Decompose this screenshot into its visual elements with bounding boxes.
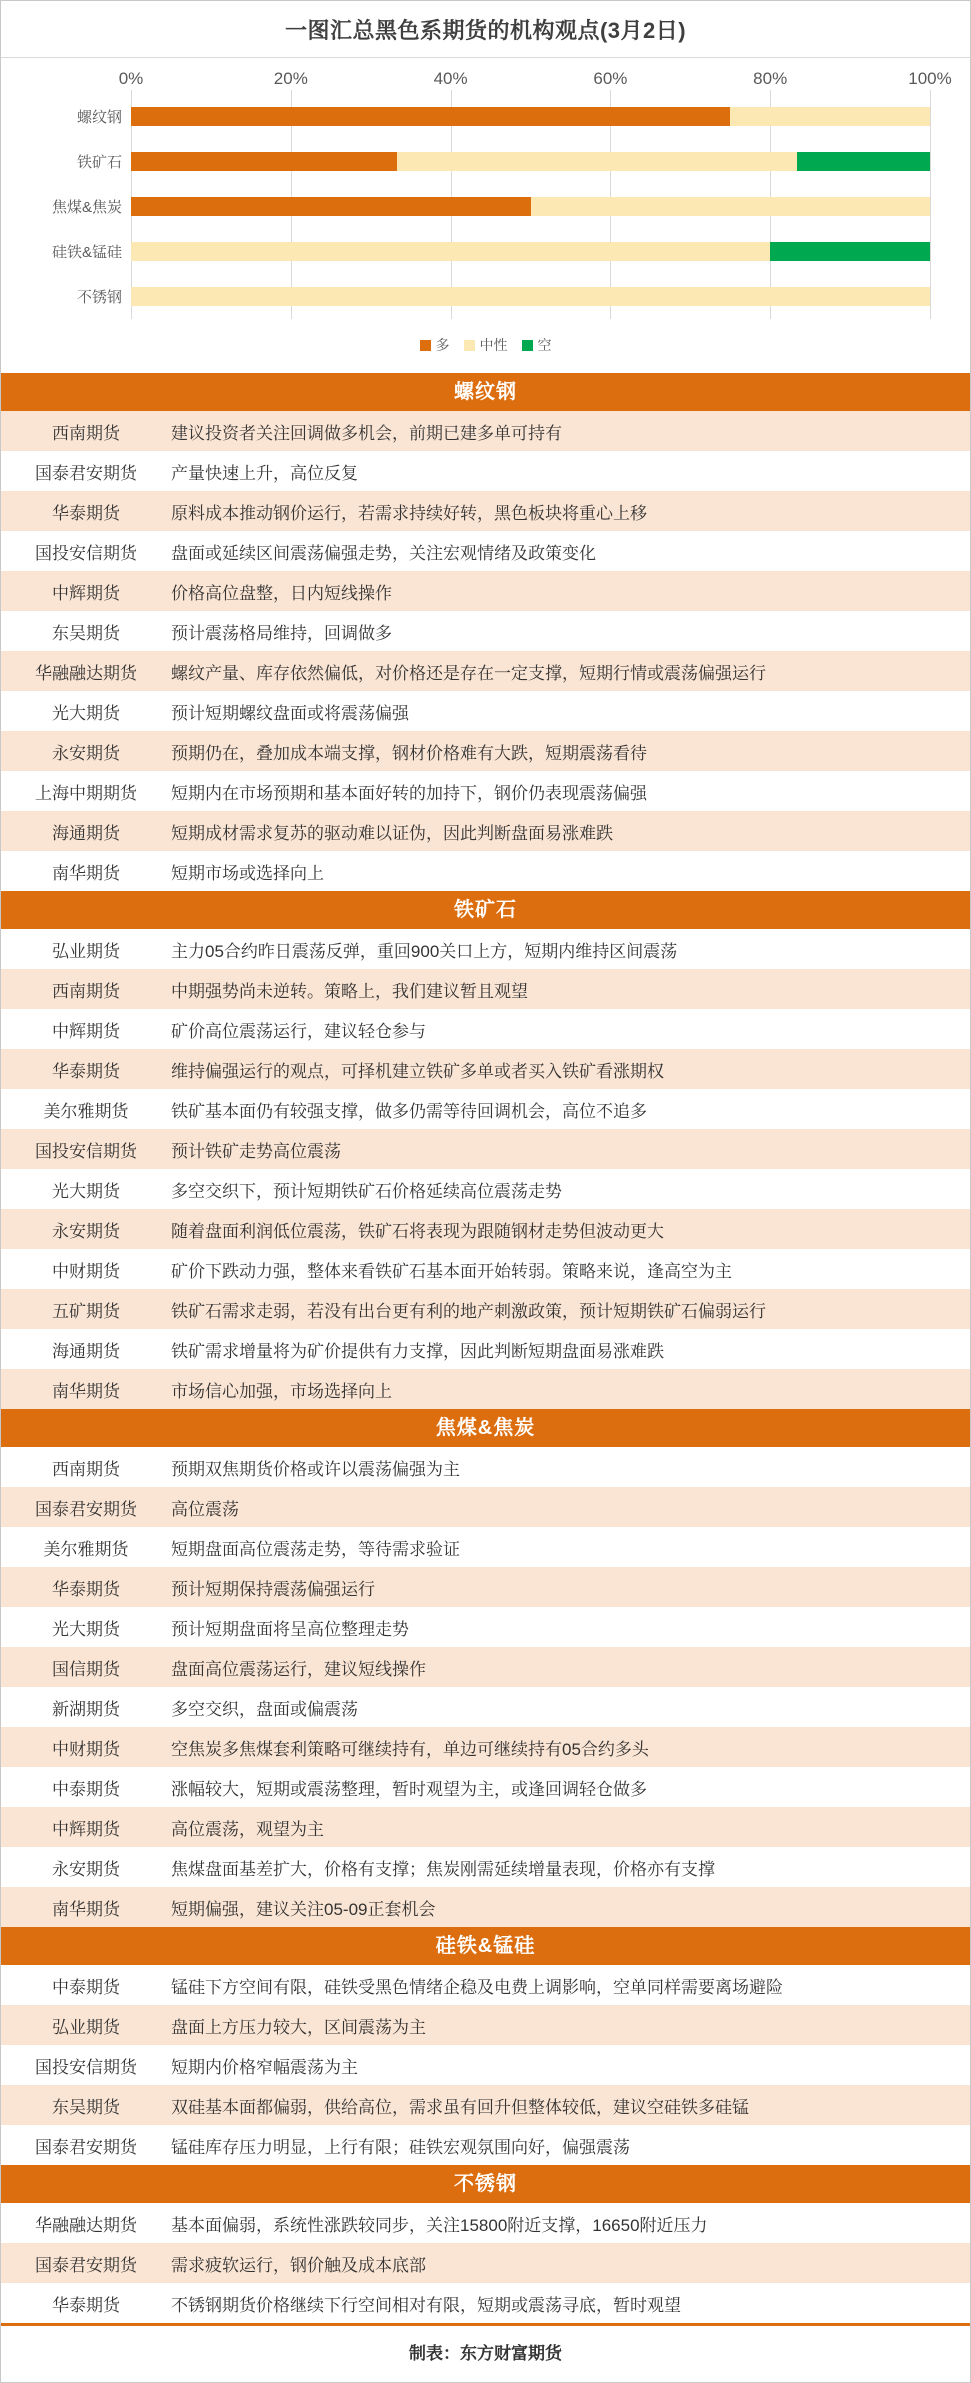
org-cell: 国信期货	[1, 1655, 171, 1680]
page-title: 一图汇总黑色系期货的机构观点(3月2日)	[1, 1, 970, 58]
org-cell: 光大期货	[1, 1615, 171, 1640]
table-row: 国泰君安期货产量快速上升，高位反复	[1, 451, 970, 491]
view-cell: 预计震荡格局维持，回调做多	[171, 619, 970, 644]
org-cell: 弘业期货	[1, 937, 171, 962]
view-cell: 市场信心加强，市场选择向上	[171, 1377, 970, 1402]
table-row: 新湖期货多空交织，盘面或偏震荡	[1, 1687, 970, 1727]
bar-segment-中性	[730, 107, 930, 126]
section-header: 铁矿石	[1, 891, 970, 929]
view-cell: 不锈钢期货价格继续下行空间相对有限，短期或震荡寻底，暂时观望	[171, 2291, 970, 2316]
org-cell: 中辉期货	[1, 1017, 171, 1042]
category-label: 铁矿石	[1, 139, 131, 184]
bar-row	[131, 184, 930, 229]
org-cell: 中财期货	[1, 1735, 171, 1760]
bar-segment-中性	[397, 152, 797, 171]
org-cell: 海通期货	[1, 1337, 171, 1362]
table-row: 华融融达期货螺纹产量、库存依然偏低，对价格还是存在一定支撑，短期行情或震荡偏强运…	[1, 651, 970, 691]
bar-segment-中性	[131, 242, 770, 261]
bar-row	[131, 94, 930, 139]
footer: 制表：东方财富期货	[1, 2323, 970, 2382]
table-row: 华泰期货原料成本推动钢价运行，若需求持续好转，黑色板块将重心上移	[1, 491, 970, 531]
org-cell: 海通期货	[1, 819, 171, 844]
x-axis-tick: 60%	[593, 69, 627, 89]
org-cell: 永安期货	[1, 1217, 171, 1242]
org-cell: 新湖期货	[1, 1695, 171, 1720]
org-cell: 南华期货	[1, 1377, 171, 1402]
table-row: 永安期货预期仍在，叠加成本端支撑，钢材价格难有大跌，短期震荡看待	[1, 731, 970, 771]
view-cell: 高位震荡，观望为主	[171, 1815, 970, 1840]
table-row: 东吴期货双硅基本面都偏弱，供给高位，需求虽有回升但整体较低，建议空硅铁多硅锰	[1, 2085, 970, 2125]
table-row: 光大期货预计短期盘面将呈高位整理走势	[1, 1607, 970, 1647]
legend-label: 多	[436, 335, 450, 355]
table-row: 中财期货矿价下跌动力强，整体来看铁矿石基本面开始转弱。策略来说，逢高空为主	[1, 1249, 970, 1289]
view-cell: 短期偏强，建议关注05-09正套机会	[171, 1895, 970, 1920]
org-cell: 南华期货	[1, 859, 171, 884]
table-row: 南华期货短期偏强，建议关注05-09正套机会	[1, 1887, 970, 1927]
chart-main: 螺纹钢铁矿石焦煤&焦炭硅铁&锰硅不锈钢	[1, 94, 970, 319]
table-row: 华泰期货不锈钢期货价格继续下行空间相对有限，短期或震荡寻底，暂时观望	[1, 2283, 970, 2323]
legend-label: 中性	[480, 335, 508, 355]
view-cell: 价格高位盘整，日内短线操作	[171, 579, 970, 604]
table-row: 弘业期货盘面上方压力较大，区间震荡为主	[1, 2005, 970, 2045]
org-cell: 国泰君安期货	[1, 2251, 171, 2276]
plot-area	[131, 94, 930, 319]
table-row: 东吴期货预计震荡格局维持，回调做多	[1, 611, 970, 651]
table-row: 国泰君安期货高位震荡	[1, 1487, 970, 1527]
footer-credit: 制表：东方财富期货	[1, 2339, 970, 2364]
bar-segment-中性	[131, 287, 930, 306]
stacked-bar	[131, 152, 930, 171]
view-cell: 盘面高位震荡运行，建议短线操作	[171, 1655, 970, 1680]
org-cell: 中财期货	[1, 1257, 171, 1282]
table-row: 光大期货预计短期螺纹盘面或将震荡偏强	[1, 691, 970, 731]
table-row: 弘业期货主力05合约昨日震荡反弹，重回900关口上方，短期内维持区间震荡	[1, 929, 970, 969]
org-cell: 光大期货	[1, 1177, 171, 1202]
view-cell: 矿价高位震荡运行，建议轻仓参与	[171, 1017, 970, 1042]
table-row: 永安期货焦煤盘面基差扩大，价格有支撑；焦炭刚需延续增量表现，价格亦有支撑	[1, 1847, 970, 1887]
infographic-page: 一图汇总黑色系期货的机构观点(3月2日) 0%20%40%60%80%100% …	[0, 0, 971, 2383]
view-cell: 基本面偏弱，系统性涨跌较同步，关注15800附近支撑，16650附近压力	[171, 2211, 970, 2236]
legend-item: 中性	[464, 335, 508, 355]
org-cell: 西南期货	[1, 1455, 171, 1480]
section-header: 焦煤&焦炭	[1, 1409, 970, 1447]
legend-item: 多	[420, 335, 450, 355]
table-row: 中泰期货锰硅下方空间有限，硅铁受黑色情绪企稳及电费上调影响，空单同样需要离场避险	[1, 1965, 970, 2005]
stacked-bar	[131, 107, 930, 126]
table-row: 海通期货铁矿需求增量将为矿价提供有力支撑，因此判断短期盘面易涨难跌	[1, 1329, 970, 1369]
view-cell: 盘面上方压力较大，区间震荡为主	[171, 2013, 970, 2038]
category-label: 不锈钢	[1, 274, 131, 319]
x-axis-tick: 20%	[274, 69, 308, 89]
x-axis-tick: 100%	[908, 69, 951, 89]
table-row: 中辉期货高位震荡，观望为主	[1, 1807, 970, 1847]
table-row: 国投安信期货预计铁矿走势高位震荡	[1, 1129, 970, 1169]
view-cell: 焦煤盘面基差扩大，价格有支撑；焦炭刚需延续增量表现，价格亦有支撑	[171, 1855, 970, 1880]
view-cell: 铁矿需求增量将为矿价提供有力支撑，因此判断短期盘面易涨难跌	[171, 1337, 970, 1362]
view-cell: 空焦炭多焦煤套利策略可继续持有，单边可继续持有05合约多头	[171, 1735, 970, 1760]
table-row: 西南期货建议投资者关注回调做多机会，前期已建多单可持有	[1, 411, 970, 451]
table-row: 海通期货短期成材需求复苏的驱动难以证伪，因此判断盘面易涨难跌	[1, 811, 970, 851]
view-cell: 预计铁矿走势高位震荡	[171, 1137, 970, 1162]
org-cell: 华泰期货	[1, 1057, 171, 1082]
view-cell: 高位震荡	[171, 1495, 970, 1520]
org-cell: 永安期货	[1, 1855, 171, 1880]
table-row: 美尔雅期货铁矿基本面仍有较强支撑，做多仍需等待回调机会，高位不追多	[1, 1089, 970, 1129]
table-row: 华泰期货预计短期保持震荡偏强运行	[1, 1567, 970, 1607]
table-row: 南华期货短期市场或选择向上	[1, 851, 970, 891]
bar-segment-多	[131, 107, 730, 126]
view-cell: 随着盘面利润低位震荡，铁矿石将表现为跟随钢材走势但波动更大	[171, 1217, 970, 1242]
view-cell: 铁矿石需求走弱，若没有出台更有利的地产刺激政策，预计短期铁矿石偏弱运行	[171, 1297, 970, 1322]
view-cell: 主力05合约昨日震荡反弹，重回900关口上方，短期内维持区间震荡	[171, 937, 970, 962]
bar-segment-多	[131, 152, 397, 171]
org-cell: 中辉期货	[1, 579, 171, 604]
view-cell: 预计短期盘面将呈高位整理走势	[171, 1615, 970, 1640]
view-cell: 多空交织，盘面或偏震荡	[171, 1695, 970, 1720]
org-cell: 国投安信期货	[1, 1137, 171, 1162]
x-axis-tick: 0%	[119, 69, 144, 89]
x-axis: 0%20%40%60%80%100%	[131, 66, 930, 92]
table-row: 华融融达期货基本面偏弱，系统性涨跌较同步，关注15800附近支撑，16650附近…	[1, 2203, 970, 2243]
view-cell: 多空交织下，预计短期铁矿石价格延续高位震荡走势	[171, 1177, 970, 1202]
bar-segment-多	[131, 197, 531, 216]
table-row: 永安期货随着盘面利润低位震荡，铁矿石将表现为跟随钢材走势但波动更大	[1, 1209, 970, 1249]
view-cell: 锰硅库存压力明显，上行有限；硅铁宏观氛围向好，偏强震荡	[171, 2133, 970, 2158]
org-cell: 华融融达期货	[1, 2211, 171, 2236]
category-label: 硅铁&锰硅	[1, 229, 131, 274]
view-cell: 双硅基本面都偏弱，供给高位，需求虽有回升但整体较低，建议空硅铁多硅锰	[171, 2093, 970, 2118]
org-cell: 东吴期货	[1, 619, 171, 644]
x-axis-tick: 80%	[753, 69, 787, 89]
org-cell: 国投安信期货	[1, 2053, 171, 2078]
view-cell: 涨幅较大，短期或震荡整理，暂时观望为主，或逢回调轻仓做多	[171, 1775, 970, 1800]
category-labels: 螺纹钢铁矿石焦煤&焦炭硅铁&锰硅不锈钢	[1, 94, 131, 319]
legend-swatch	[464, 340, 475, 351]
org-cell: 美尔雅期货	[1, 1097, 171, 1122]
org-cell: 东吴期货	[1, 2093, 171, 2118]
table-row: 中泰期货涨幅较大，短期或震荡整理，暂时观望为主，或逢回调轻仓做多	[1, 1767, 970, 1807]
view-cell: 中期强势尚未逆转。策略上，我们建议暂且观望	[171, 977, 970, 1002]
org-cell: 永安期货	[1, 739, 171, 764]
legend-item: 空	[522, 335, 552, 355]
org-cell: 国泰君安期货	[1, 1495, 171, 1520]
view-cell: 建议投资者关注回调做多机会，前期已建多单可持有	[171, 419, 970, 444]
view-cell: 原料成本推动钢价运行，若需求持续好转，黑色板块将重心上移	[171, 499, 970, 524]
table-row: 国信期货盘面高位震荡运行，建议短线操作	[1, 1647, 970, 1687]
bar-row	[131, 274, 930, 319]
view-cell: 需求疲软运行，钢价触及成本底部	[171, 2251, 970, 2276]
table-row: 美尔雅期货短期盘面高位震荡走势，等待需求验证	[1, 1527, 970, 1567]
table-row: 国泰君安期货锰硅库存压力明显，上行有限；硅铁宏观氛围向好，偏强震荡	[1, 2125, 970, 2165]
view-cell: 螺纹产量、库存依然偏低，对价格还是存在一定支撑，短期行情或震荡偏强运行	[171, 659, 970, 684]
view-cell: 矿价下跌动力强，整体来看铁矿石基本面开始转弱。策略来说，逢高空为主	[171, 1257, 970, 1282]
view-cell: 盘面或延续区间震荡偏强走势，关注宏观情绪及政策变化	[171, 539, 970, 564]
org-cell: 中泰期货	[1, 1973, 171, 1998]
org-cell: 国泰君安期货	[1, 459, 171, 484]
gridline	[930, 90, 931, 319]
view-cell: 短期内价格窄幅震荡为主	[171, 2053, 970, 2078]
view-cell: 预期双焦期货价格或许以震荡偏强为主	[171, 1455, 970, 1480]
category-label: 焦煤&焦炭	[1, 184, 131, 229]
org-cell: 五矿期货	[1, 1297, 171, 1322]
bar-row	[131, 229, 930, 274]
table-row: 西南期货预期双焦期货价格或许以震荡偏强为主	[1, 1447, 970, 1487]
bar-segment-中性	[531, 197, 931, 216]
section-header: 螺纹钢	[1, 373, 970, 411]
table-row: 南华期货市场信心加强，市场选择向上	[1, 1369, 970, 1409]
view-cell: 产量快速上升，高位反复	[171, 459, 970, 484]
table-row: 中财期货空焦炭多焦煤套利策略可继续持有，单边可继续持有05合约多头	[1, 1727, 970, 1767]
stacked-bar	[131, 287, 930, 306]
view-cell: 预计短期保持震荡偏强运行	[171, 1575, 970, 1600]
table-row: 华泰期货维持偏强运行的观点，可择机建立铁矿多单或者买入铁矿看涨期权	[1, 1049, 970, 1089]
org-cell: 弘业期货	[1, 2013, 171, 2038]
bar-segment-空	[797, 152, 930, 171]
org-cell: 上海中期期货	[1, 779, 171, 804]
table-row: 国投安信期货短期内价格窄幅震荡为主	[1, 2045, 970, 2085]
bar-row	[131, 139, 930, 184]
view-cell: 短期内在市场预期和基本面好转的加持下，钢价仍表现震荡偏强	[171, 779, 970, 804]
org-cell: 国投安信期货	[1, 539, 171, 564]
org-cell: 华泰期货	[1, 2291, 171, 2316]
org-cell: 西南期货	[1, 419, 171, 444]
view-cell: 短期市场或选择向上	[171, 859, 970, 884]
table-row: 上海中期期货短期内在市场预期和基本面好转的加持下，钢价仍表现震荡偏强	[1, 771, 970, 811]
org-cell: 南华期货	[1, 1895, 171, 1920]
table-row: 中辉期货价格高位盘整，日内短线操作	[1, 571, 970, 611]
org-cell: 光大期货	[1, 699, 171, 724]
table-row: 西南期货中期强势尚未逆转。策略上，我们建议暂且观望	[1, 969, 970, 1009]
bar-segment-空	[770, 242, 930, 261]
org-cell: 西南期货	[1, 977, 171, 1002]
org-cell: 美尔雅期货	[1, 1535, 171, 1560]
org-cell: 华泰期货	[1, 1575, 171, 1600]
legend-swatch	[420, 340, 431, 351]
org-cell: 中辉期货	[1, 1815, 171, 1840]
section-header: 不锈钢	[1, 2165, 970, 2203]
stacked-bar	[131, 242, 930, 261]
view-cell: 短期盘面高位震荡走势，等待需求验证	[171, 1535, 970, 1560]
view-cell: 短期成材需求复苏的驱动难以证伪，因此判断盘面易涨难跌	[171, 819, 970, 844]
section-header: 硅铁&锰硅	[1, 1927, 970, 1965]
legend-swatch	[522, 340, 533, 351]
legend-label: 空	[538, 335, 552, 355]
org-cell: 华泰期货	[1, 499, 171, 524]
category-label: 螺纹钢	[1, 94, 131, 139]
org-cell: 中泰期货	[1, 1775, 171, 1800]
table-row: 国泰君安期货需求疲软运行，钢价触及成本底部	[1, 2243, 970, 2283]
table-row: 五矿期货铁矿石需求走弱，若没有出台更有利的地产刺激政策，预计短期铁矿石偏弱运行	[1, 1289, 970, 1329]
org-cell: 华融融达期货	[1, 659, 171, 684]
stacked-bar	[131, 197, 930, 216]
sections-container: 螺纹钢西南期货建议投资者关注回调做多机会，前期已建多单可持有国泰君安期货产量快速…	[1, 373, 970, 2323]
table-row: 光大期货多空交织下，预计短期铁矿石价格延续高位震荡走势	[1, 1169, 970, 1209]
chart-legend: 多中性空	[1, 319, 970, 373]
view-cell: 维持偏强运行的观点，可择机建立铁矿多单或者买入铁矿看涨期权	[171, 1057, 970, 1082]
stance-chart: 0%20%40%60%80%100% 螺纹钢铁矿石焦煤&焦炭硅铁&锰硅不锈钢 多…	[1, 58, 970, 373]
x-axis-tick: 40%	[434, 69, 468, 89]
view-cell: 铁矿基本面仍有较强支撑，做多仍需等待回调机会，高位不追多	[171, 1097, 970, 1122]
table-row: 中辉期货矿价高位震荡运行，建议轻仓参与	[1, 1009, 970, 1049]
view-cell: 预计短期螺纹盘面或将震荡偏强	[171, 699, 970, 724]
table-row: 国投安信期货盘面或延续区间震荡偏强走势，关注宏观情绪及政策变化	[1, 531, 970, 571]
org-cell: 国泰君安期货	[1, 2133, 171, 2158]
view-cell: 锰硅下方空间有限，硅铁受黑色情绪企稳及电费上调影响，空单同样需要离场避险	[171, 1973, 970, 1998]
view-cell: 预期仍在，叠加成本端支撑，钢材价格难有大跌，短期震荡看待	[171, 739, 970, 764]
